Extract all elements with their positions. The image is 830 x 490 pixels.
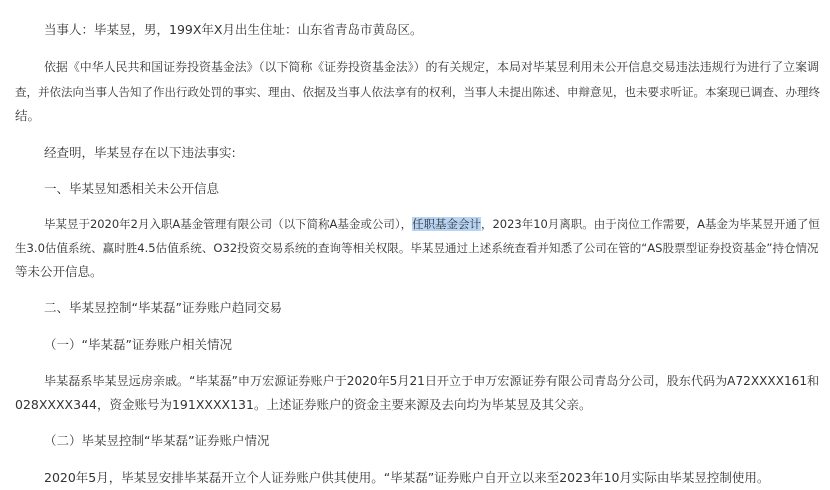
section-2-heading: 二、毕某昱控制“毕某磊”证券账户趋同交易 [44, 300, 282, 316]
intro-line-3: 结。 [15, 108, 40, 124]
selected-text-highlight[interactable]: 任职基金会计 [412, 217, 481, 231]
section-1-para-line-1: 毕某昱于2020年2月入职A基金管理有限公司（以下简称A基金或公司），任职基金会… [44, 216, 820, 232]
subsection-1-line-2: 028XXXX344，资金账号为191XXXX131。上述证券账户的资金主要来源… [15, 397, 591, 413]
intro-line-2: 查，并依法向当事人告知了作出行政处罚的事实、理由、依据及当事人依法享有的权利，当… [15, 84, 820, 100]
subsection-2-heading: （二）毕某昱控制“毕某磊”证券账户情况 [44, 433, 269, 449]
intro-line-1: 依据《中华人民共和国证券投资基金法》（以下简称《证券投资基金法》）的有关规定，本… [44, 59, 819, 75]
subsection-1-heading: （一）“毕某磊”证券账户相关情况 [44, 337, 232, 353]
section-1-text-a: 毕某昱于2020年2月入职A基金管理有限公司（以下简称A基金或公司）， [44, 217, 412, 231]
party-info: 当事人：毕某昱，男，199X年X月出生住址：山东省青岛市黄岛区。 [44, 22, 423, 38]
section-1-para-line-2: 生3.0估值系统、赢时胜4.5估值系统、O32投资交易系统的查询等相关权限。毕某… [15, 240, 819, 256]
section-1-heading: 一、毕某昱知悉相关未公开信息 [44, 181, 219, 197]
facts-intro: 经查明，毕某昱存在以下违法事实: [44, 145, 236, 161]
section-1-text-b: ，2023年10月离职。由于岗位工作需要，A基金为毕某昱开通了恒 [481, 217, 820, 231]
subsection-1-line-1: 毕某磊系毕某昱远房亲戚。“毕某磊”申万宏源证券账户于2020年5月21日开立于申… [44, 373, 819, 389]
section-1-para-line-3: 等未公开信息。 [15, 264, 103, 280]
subsection-2-line-1: 2020年5月，毕某昱安排毕某磊开立个人证券账户供其使用。“毕某磊”证券账户自开… [44, 470, 769, 486]
